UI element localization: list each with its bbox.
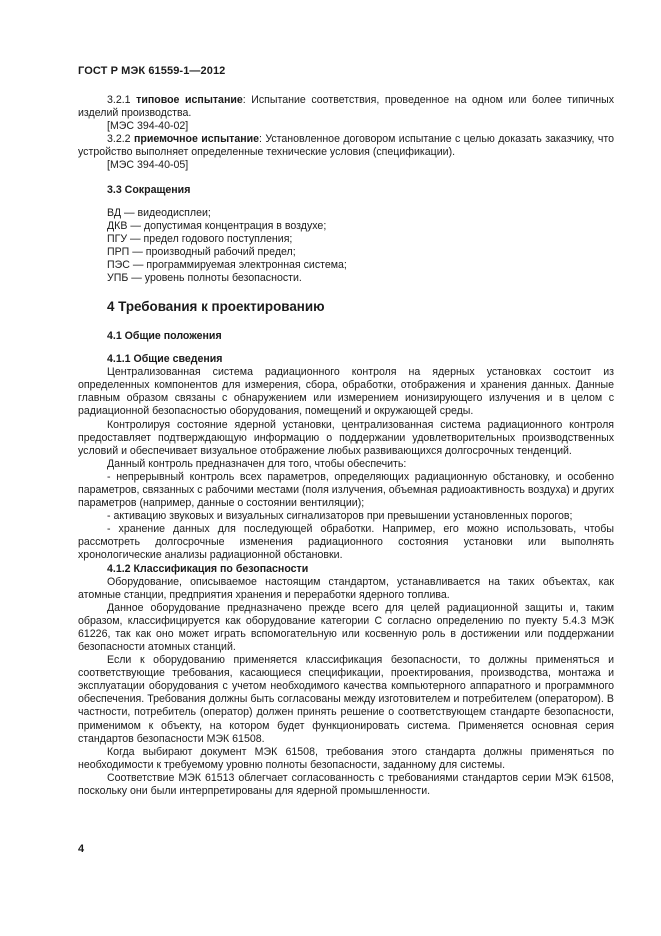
definition-term: типовое испытание [136,94,243,106]
section-heading-4-1-1: 4.1.1 Общие сведения [78,353,614,366]
document-page: ГОСТ Р МЭК 61559-1—2012 3.2.1 типовое ис… [78,64,614,798]
definition-reference: [МЭС 394-40-02] [78,120,614,133]
definition-number: 3.2.2 [107,133,131,145]
section-heading-4: 4 Требования к проектированию [78,299,614,315]
definition-text-rest: изделий производства. [78,107,191,119]
abbreviation-item: ПГУ — предел годового поступления; [78,233,614,246]
definition-term: приемочное испытание [134,133,259,145]
section-heading-abbreviations: 3.3 Сокращения [78,184,614,197]
definition-reference: [МЭС 394-40-05] [78,159,614,172]
paragraph: Когда выбирают документ МЭК 61508, требо… [78,746,614,772]
paragraph: Контролируя состояние ядерной установки,… [78,419,614,458]
list-item: - непрерывный контроль всех параметров, … [78,471,614,510]
section-heading-4-1: 4.1 Общие положения [78,330,614,343]
definition-3-2-2: 3.2.2 приемочное испытание: Установленно… [78,133,614,159]
paragraph: Если к оборудованию применяется классифи… [78,654,614,746]
abbreviation-item: УПБ — уровень полноты безопасности. [78,272,614,285]
definition-3-2-1: 3.2.1 типовое испытание: Испытание соотв… [78,94,614,120]
abbreviation-item: ДКВ — допустимая концентрация в воздухе; [78,220,614,233]
paragraph: Данный контроль предназначен для того, ч… [78,458,614,471]
definition-text: : Установленное договором испытание с це… [259,133,542,145]
list-item: - хранение данных для последующей обрабо… [78,523,614,562]
paragraph: Данное оборудование предназначено прежде… [78,602,614,654]
abbreviation-item: ВД — видеодисплеи; [78,207,614,220]
definition-text: : Испытание соответствия, проведенное на… [243,94,614,106]
list-item: - активацию звуковых и визуальных сигнал… [78,510,614,523]
paragraph: Централизованная система радиационного к… [78,366,614,418]
paragraph: Соответствие МЭК 61513 облегчает согласо… [78,772,614,798]
abbreviation-item: ПРП — производный рабочий предел; [78,246,614,259]
page-number: 4 [78,843,84,855]
abbreviation-item: ПЭС — программируемая электронная систем… [78,259,614,272]
definition-number: 3.2.1 [107,94,131,106]
document-header: ГОСТ Р МЭК 61559-1—2012 [78,64,614,94]
paragraph: Оборудование, описываемое настоящим стан… [78,576,614,602]
section-heading-4-1-2: 4.1.2 Классификация по безопасности [78,563,614,576]
